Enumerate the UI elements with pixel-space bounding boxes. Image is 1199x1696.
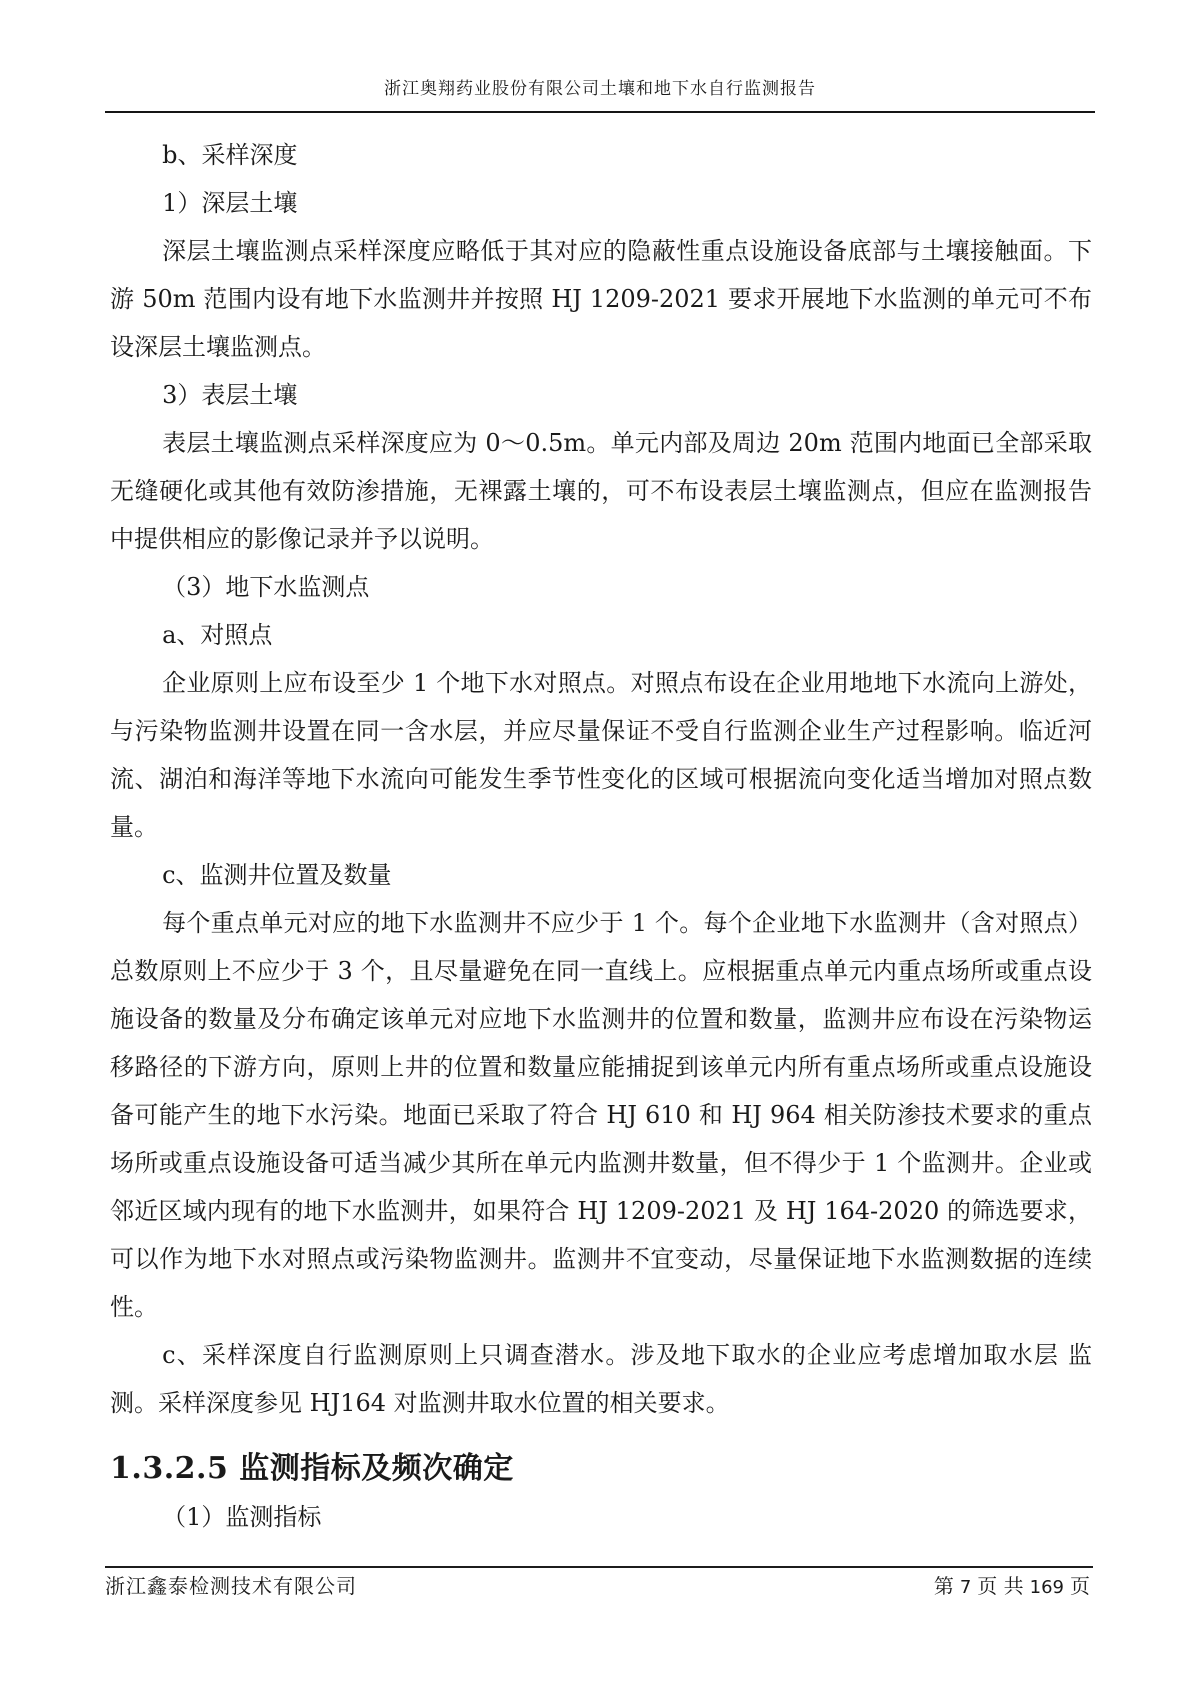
subheading-c-well-location: c、监测井位置及数量 bbox=[110, 851, 1092, 899]
subheading-3-groundwater-points: （3）地下水监测点 bbox=[110, 563, 1092, 611]
page-label-suffix: 页 bbox=[1070, 1574, 1090, 1598]
paragraph-surface-soil: 表层土壤监测点采样深度应为 0～0.5m。单元内部及周边 20m 范围内地面已全… bbox=[110, 419, 1092, 563]
footer-page-info: 第7页 共169页 bbox=[931, 1573, 1093, 1601]
paragraph-deep-soil: 深层土壤监测点采样深度应略低于其对应的隐蔽性重点设施设备底部与土壤接触面。下游 … bbox=[110, 227, 1092, 371]
subheading-b-sampling-depth: b、采样深度 bbox=[110, 131, 1092, 179]
page-footer: 浙江鑫泰检测技术有限公司 第7页 共169页 bbox=[105, 1566, 1093, 1601]
subheading-a-control-point: a、对照点 bbox=[110, 611, 1092, 659]
document-page: 浙江奥翔药业股份有限公司土壤和地下水自行监测报告 b、采样深度 1）深层土壤 深… bbox=[0, 0, 1199, 1696]
paragraph-sampling-depth-rule: c、采样深度自行监测原则上只调查潜水。涉及地下取水的企业应考虑增加取水层 监测。… bbox=[110, 1331, 1092, 1427]
current-page-number: 7 bbox=[960, 1577, 971, 1598]
paragraph-well-location: 每个重点单元对应的地下水监测井不应少于 1 个。每个企业地下水监测井（含对照点）… bbox=[110, 899, 1092, 1331]
paragraph-control-point: 企业原则上应布设至少 1 个地下水对照点。对照点布设在企业用地地下水流向上游处，… bbox=[110, 659, 1092, 851]
document-body: b、采样深度 1）深层土壤 深层土壤监测点采样深度应略低于其对应的隐蔽性重点设施… bbox=[110, 131, 1092, 1541]
section-heading-1-3-2-5: 1.3.2.5 监测指标及频次确定 bbox=[110, 1445, 1092, 1493]
subheading-1-deep-soil: 1）深层土壤 bbox=[110, 179, 1092, 227]
footer-company-name: 浙江鑫泰检测技术有限公司 bbox=[105, 1573, 357, 1599]
page-header: 浙江奥翔药业股份有限公司土壤和地下水自行监测报告 bbox=[105, 78, 1095, 113]
page-label-prefix: 第 bbox=[934, 1574, 954, 1598]
header-title: 浙江奥翔药业股份有限公司土壤和地下水自行监测报告 bbox=[105, 78, 1095, 113]
subheading-3-surface-soil: 3）表层土壤 bbox=[110, 371, 1092, 419]
page-label-middle: 页 共 bbox=[977, 1574, 1023, 1598]
total-page-number: 169 bbox=[1030, 1577, 1064, 1598]
subheading-1-monitoring-indicators: （1）监测指标 bbox=[110, 1493, 1092, 1541]
